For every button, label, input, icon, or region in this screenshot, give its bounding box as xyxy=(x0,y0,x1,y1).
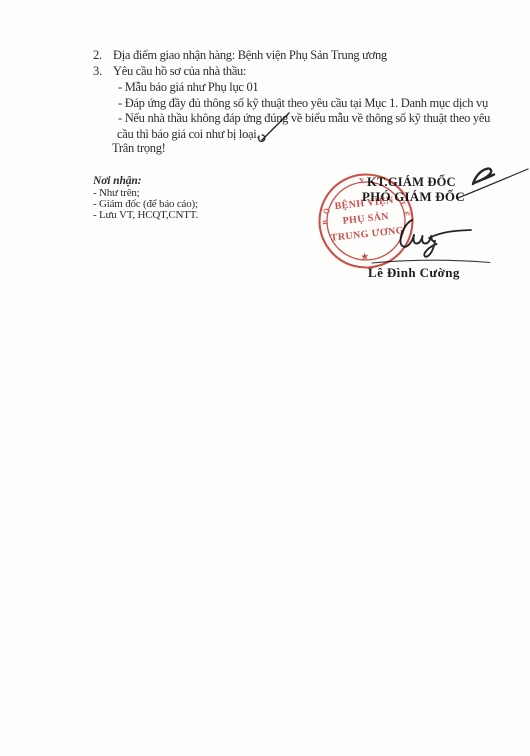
stamp-name-line3: TRUNG ƯƠNG xyxy=(330,225,404,244)
bullet-quote-form: - Mẫu báo giá như Phụ lục 01 xyxy=(118,80,258,95)
bullet-specs: - Đáp ứng đầy đủ thông số kỹ thuật theo … xyxy=(118,96,488,111)
document-page: 2. Địa điểm giao nhận hàng: Bệnh viện Ph… xyxy=(0,0,530,756)
recipient-line-3: - Lưu VT, HCQT,CNTT. xyxy=(93,209,198,221)
item-2-text: Địa điểm giao nhận hàng: Bệnh viện Phụ S… xyxy=(113,48,387,63)
bullet-reject-line1: - Nếu nhà thầu không đáp ứng đúng về biể… xyxy=(118,111,490,126)
stamp-ring-letter-y: Y xyxy=(359,176,366,185)
closing-salutation: Trân trọng! xyxy=(112,141,166,156)
star-icon: ★ xyxy=(360,251,370,263)
item-3-number: 3. xyxy=(93,64,102,79)
official-stamp: B Ộ Y T Ế BỆNH VIỆN PHỤ SẢN TRUNG ƯƠNG ★ xyxy=(306,161,427,282)
official-stamp-graphic: B Ộ Y T Ế BỆNH VIỆN PHỤ SẢN TRUNG ƯƠNG ★ xyxy=(306,161,427,282)
item-3-text: Yêu cầu hồ sơ của nhà thầu: xyxy=(113,64,246,79)
stamp-ring-letter-b: B xyxy=(321,220,329,225)
paraph-flourish xyxy=(458,169,528,198)
stamp-name-line1: BỆNH VIỆN xyxy=(334,193,395,212)
item-2-number: 2. xyxy=(93,48,102,63)
bullet-reject-line2: cầu thì báo giá coi như bị loại. xyxy=(117,127,259,142)
stamp-name-line2: PHỤ SẢN xyxy=(342,210,390,227)
